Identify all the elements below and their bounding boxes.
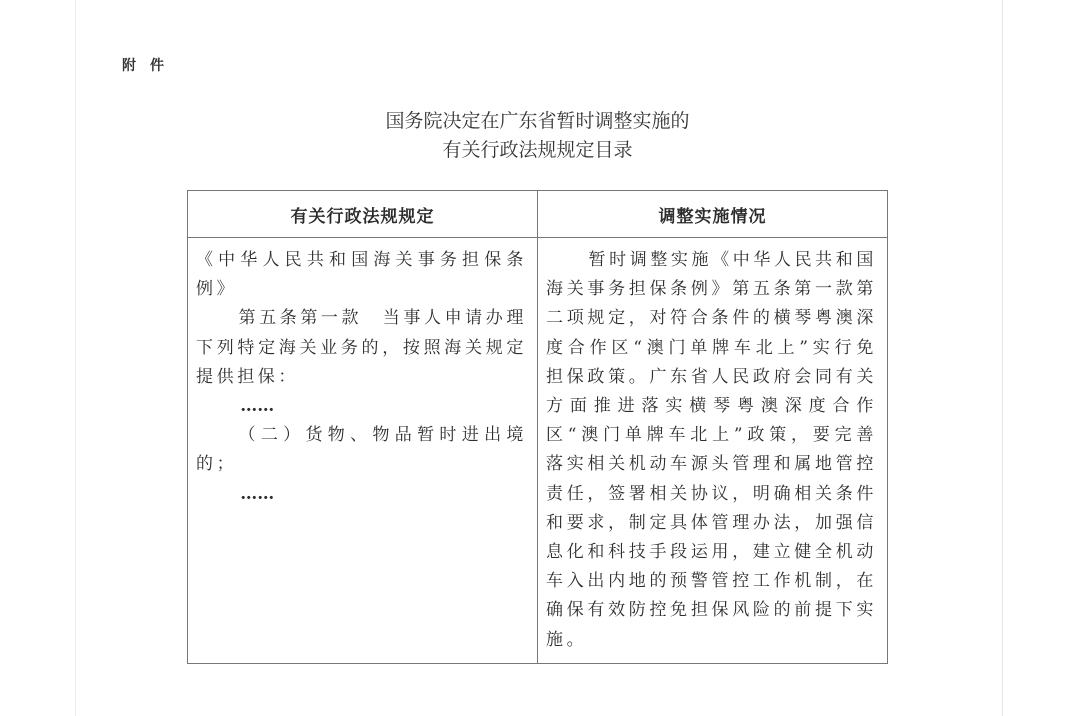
adjustment-cell: 暂时调整实施《中华人民共和国海关事务担保条例》第五条第一款第二项规定，对符合条件… bbox=[538, 238, 888, 664]
ellipsis-1: …… bbox=[196, 392, 527, 421]
title-line-1: 国务院决定在广东省暂时调整实施的 bbox=[187, 107, 888, 136]
attachment-label-char-1: 附 bbox=[122, 58, 136, 74]
document-title: 国务院决定在广东省暂时调整实施的 有关行政法规规定目录 bbox=[187, 107, 888, 165]
table-row: 《中华人民共和国海关事务担保条例》 第五条第一款 当事人申请办理下列特定海关业务… bbox=[188, 238, 888, 664]
header-adjustment: 调整实施情况 bbox=[538, 191, 888, 238]
regulation-name: 《中华人民共和国海关事务担保条例》 bbox=[196, 246, 527, 304]
regulation-item-2: （二）货物、物品暂时进出境的； bbox=[196, 421, 527, 479]
regulation-cell: 《中华人民共和国海关事务担保条例》 第五条第一款 当事人申请办理下列特定海关业务… bbox=[188, 238, 538, 664]
regulation-clause: 第五条第一款 当事人申请办理下列特定海关业务的，按照海关规定提供担保： bbox=[196, 304, 527, 392]
table-header-row: 有关行政法规规定 调整实施情况 bbox=[188, 191, 888, 238]
attachment-label-char-2: 件 bbox=[150, 58, 164, 74]
ellipsis-2: …… bbox=[196, 480, 527, 509]
header-regulation: 有关行政法规规定 bbox=[188, 191, 538, 238]
adjustment-text: 暂时调整实施《中华人民共和国海关事务担保条例》第五条第一款第二项规定，对符合条件… bbox=[546, 246, 877, 655]
attachment-label: 附件 bbox=[122, 55, 164, 75]
regulation-catalog-table: 有关行政法规规定 调整实施情况 《中华人民共和国海关事务担保条例》 第五条第一款… bbox=[187, 190, 888, 664]
title-line-2: 有关行政法规规定目录 bbox=[187, 136, 888, 165]
